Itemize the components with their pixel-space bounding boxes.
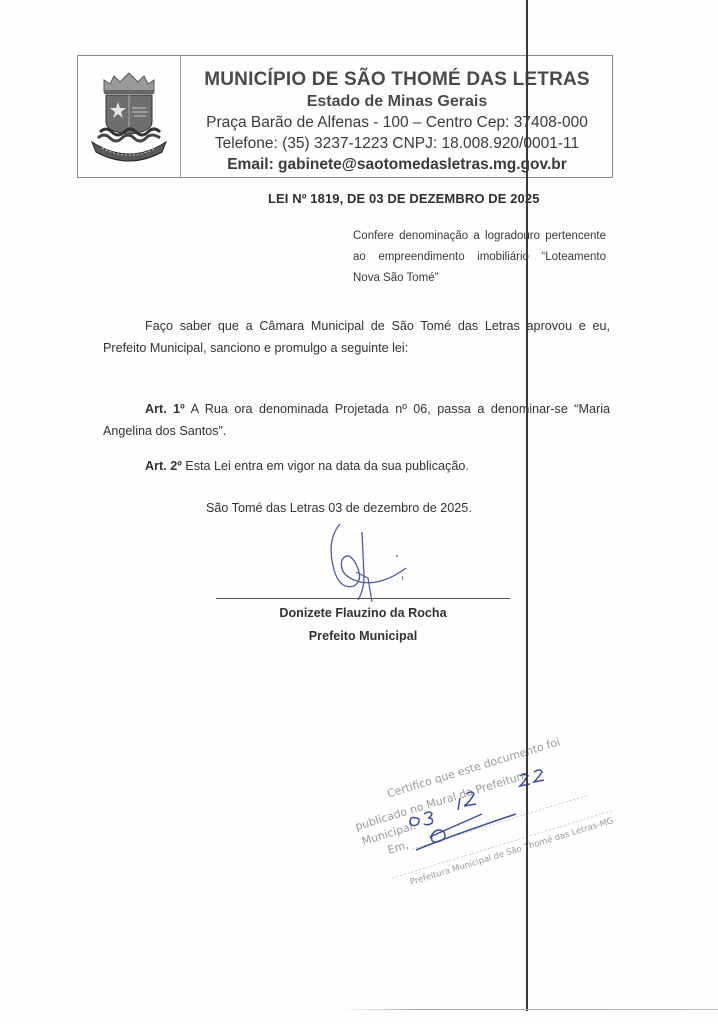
article-2-label: Art. 2º — [145, 459, 182, 473]
article-2: Art. 2º Esta Lei entra em vigor na data … — [145, 455, 625, 477]
email: Email: gabinete@saotomedasletras.mg.gov.… — [181, 154, 613, 175]
address: Praça Barão de Alfenas - 100 – Centro Ce… — [181, 112, 613, 133]
scan-artifact-vertical-line — [526, 0, 528, 1011]
handwritten-signature-icon — [320, 520, 430, 610]
law-summary: Confere denominação a logradouro pertenc… — [353, 226, 606, 289]
signer-role: Prefeito Municipal — [216, 629, 510, 643]
letterhead-text: MUNICÍPIO DE SÃO THOMÉ DAS LETRAS Estado… — [181, 62, 613, 175]
letterhead: MUNICÍPIO DE SÃO THOMÉ DAS LETRAS Estado… — [77, 55, 613, 178]
scan-artifact-horizontal-line — [340, 1009, 718, 1010]
article-1: Art. 1º A Rua ora denominada Projetada n… — [103, 398, 610, 442]
municipality-name: MUNICÍPIO DE SÃO THOMÉ DAS LETRAS — [181, 68, 613, 92]
article-2-text: Esta Lei entra em vigor na data da sua p… — [182, 459, 469, 473]
state-name: Estado de Minas Gerais — [181, 92, 613, 112]
stamp-footer: Prefeitura Municipal de São Thomé das Le… — [409, 815, 615, 888]
intro-paragraph: Faço saber que a Câmara Municipal de São… — [103, 315, 610, 359]
coat-of-arms-icon — [90, 70, 168, 162]
stamp-line-4: Em, — [386, 838, 410, 857]
place-and-date: São Tomé das Letras 03 de dezembro de 20… — [206, 497, 606, 519]
signer-name: Donizete Flauzino da Rocha — [216, 606, 510, 620]
article-1-label: Art. 1º — [145, 402, 185, 416]
signature-line — [216, 598, 510, 599]
phone-cnpj: Telefone: (35) 3237-1223 CNPJ: 18.008.92… — [181, 133, 613, 154]
publication-stamp: Certifico que este documento foi publica… — [330, 690, 620, 890]
law-title: LEI Nº 1819, DE 03 DE DEZEMBRO DE 2025 — [268, 191, 540, 206]
